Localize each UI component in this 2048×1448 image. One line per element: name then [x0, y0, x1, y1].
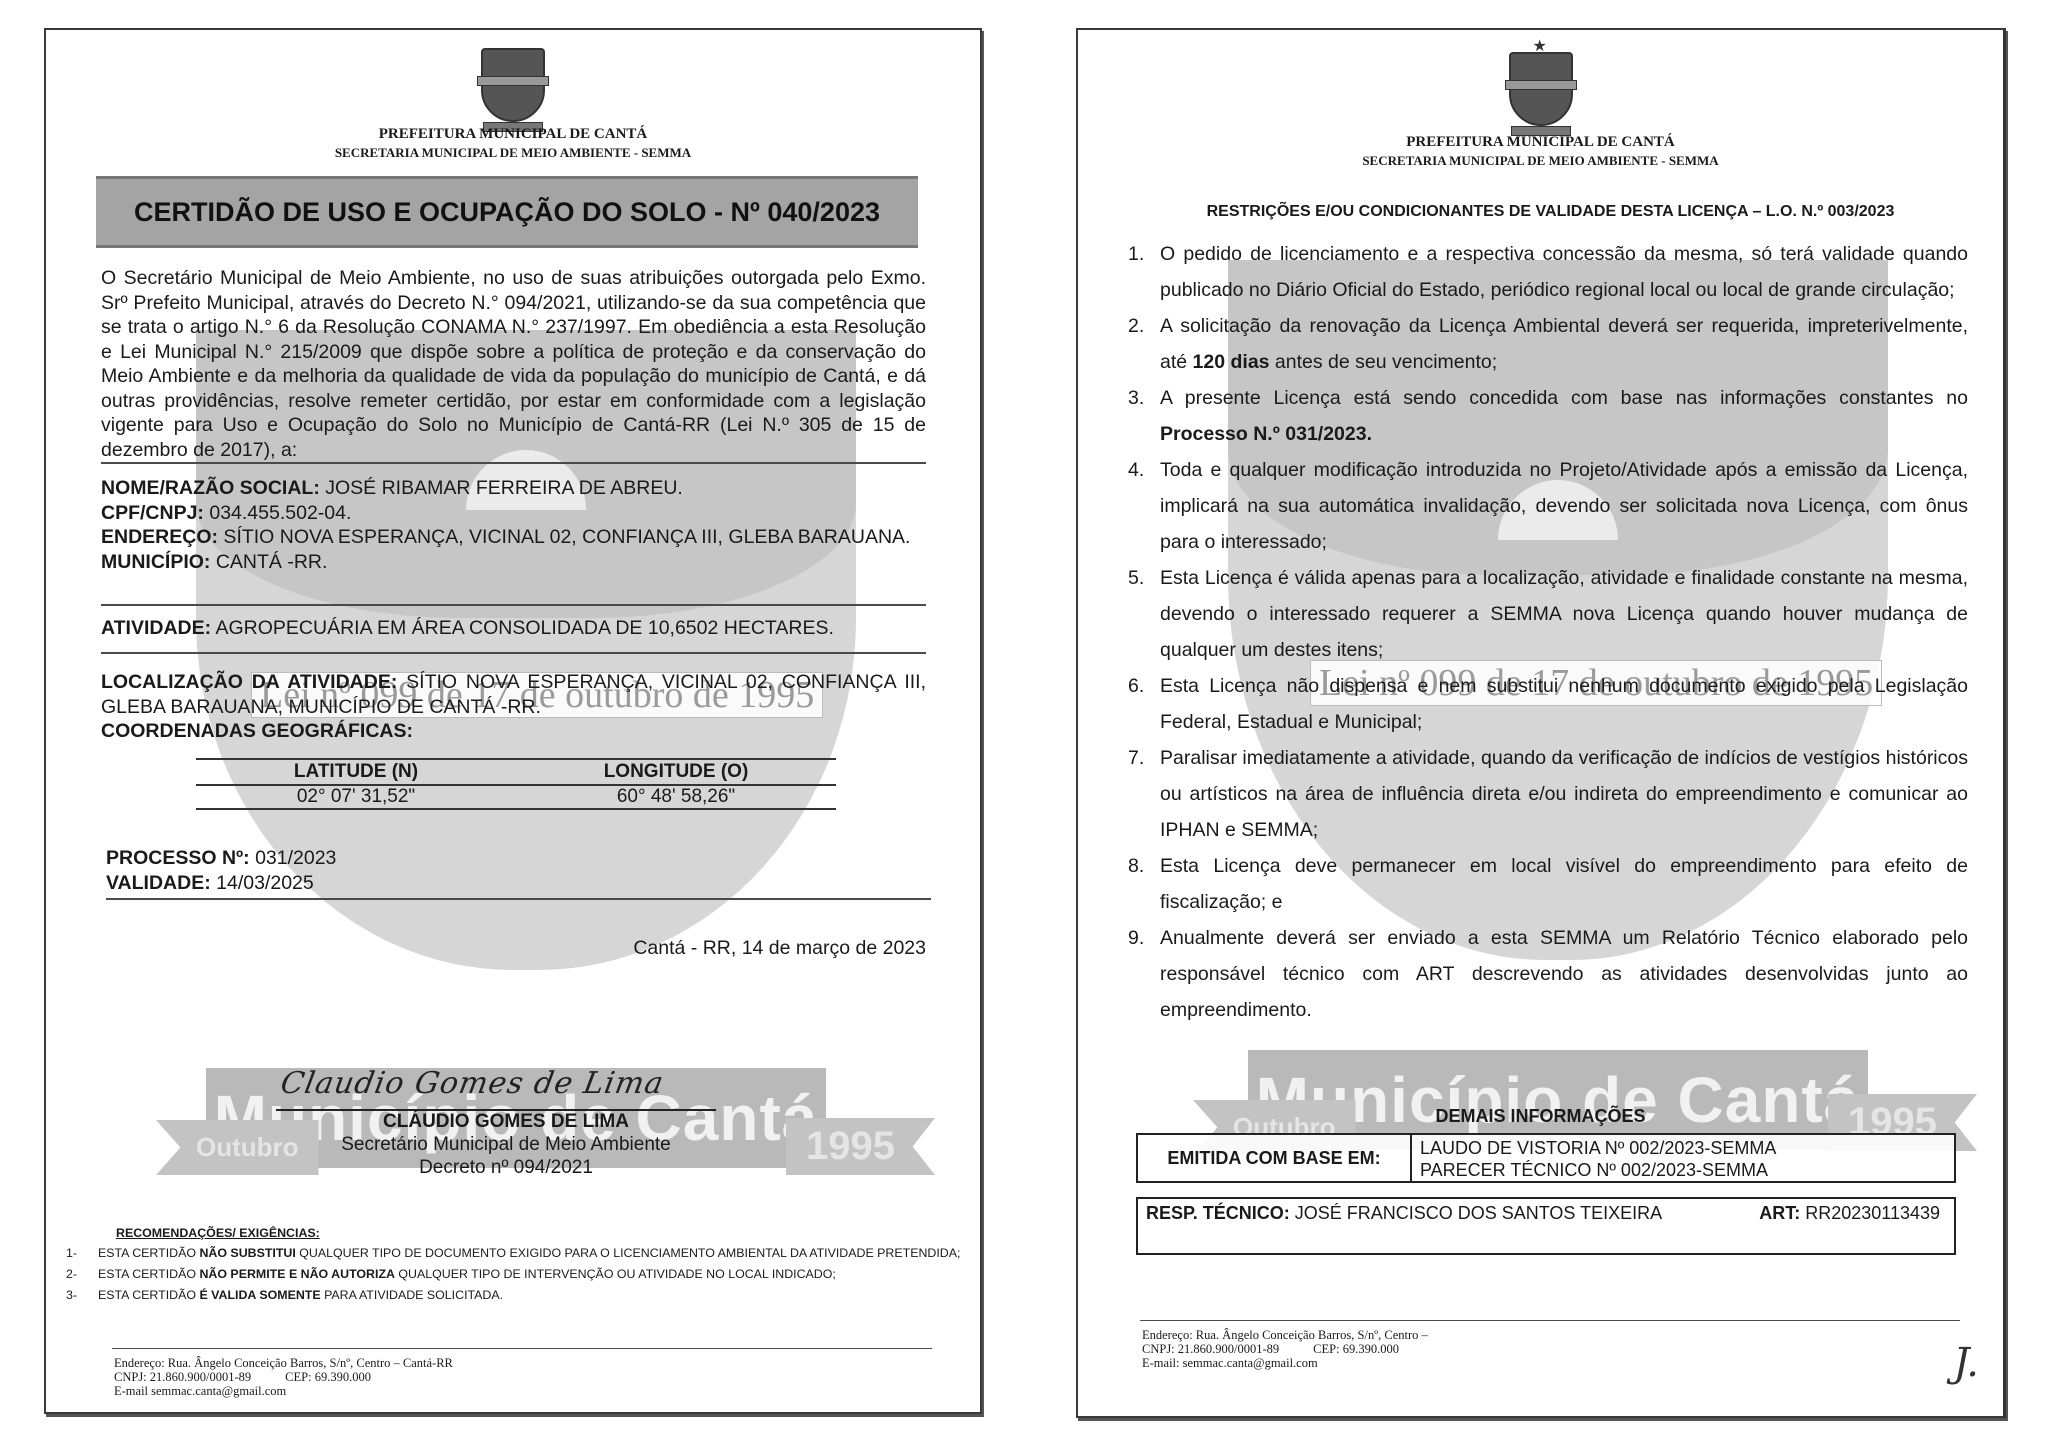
coordinates-label: COORDENADAS GEOGRÁFICAS:	[101, 719, 926, 744]
latitude-value: 02° 07' 31,52"	[196, 786, 516, 808]
org-name: PREFEITURA MUNICIPAL DE CANTÁ	[1078, 134, 2003, 151]
coat-of-arms-icon: ★	[1499, 42, 1583, 138]
org-department: SECRETARIA MUNICIPAL DE MEIO AMBIENTE - …	[46, 145, 980, 161]
footer: Endereço: Rua. Ângelo Conceição Barros, …	[114, 1356, 453, 1398]
field-validity: VALIDADE: 14/03/2025	[106, 871, 336, 896]
technical-responsible: RESP. TÉCNICO: JOSÉ FRANCISCO DOS SANTOS…	[1146, 1203, 1662, 1223]
signatory-name: CLÁUDIO GOMES DE LIMA	[226, 1110, 786, 1133]
issued-based-on-table: EMITIDA COM BASE EM: LAUDO DE VISTORIA N…	[1136, 1133, 1956, 1183]
condition-item: 2.A solicitação da renovação da Licença …	[1128, 308, 1968, 380]
condition-item: 1.O pedido de licenciamento e a respecti…	[1128, 236, 1968, 308]
field-name: NOME/RAZÃO SOCIAL: JOSÉ RIBAMAR FERREIRA…	[101, 476, 926, 501]
recommendations: RECOMENDAÇÕES/ EXIGÊNCIAS: 1- ESTA CERTI…	[66, 1225, 966, 1308]
issued-based-on-label: EMITIDA COM BASE EM:	[1138, 1135, 1412, 1181]
initials-mark: J.	[1953, 1340, 1979, 1386]
field-location: LOCALIZAÇÃO DA ATIVIDADE: SÍTIO NOVA ESP…	[101, 670, 926, 719]
place-date: Cantá - RR, 14 de março de 2023	[633, 936, 926, 961]
longitude-header: LONGITUDE (O)	[516, 761, 836, 783]
signatory-block: CLÁUDIO GOMES DE LIMA Secretário Municip…	[226, 1110, 786, 1179]
divider	[101, 462, 926, 464]
divider	[101, 604, 926, 606]
condition-item: 4.Toda e qualquer modificação introduzid…	[1128, 452, 1968, 560]
footer-email: E-mail semmac.canta@gmail.com	[114, 1384, 453, 1398]
field-municipality: MUNICÍPIO: CANTÁ -RR.	[101, 550, 926, 575]
org-name: PREFEITURA MUNICIPAL DE CANTÁ	[46, 126, 980, 143]
certificate-page: Município de Cantá Outubro 1995 PREFEITU…	[44, 28, 982, 1414]
footer-cep: CEP: 69.390.000	[1313, 1342, 1399, 1356]
recommendation-item: 1- ESTA CERTIDÃO NÃO SUBSTITUI QUALQUER …	[66, 1245, 966, 1261]
location-block: LOCALIZAÇÃO DA ATIVIDADE: SÍTIO NOVA ESP…	[101, 670, 926, 744]
recommendations-heading: RECOMENDAÇÕES/ EXIGÊNCIAS:	[116, 1225, 966, 1241]
intro-paragraph: O Secretário Municipal de Meio Ambiente,…	[101, 266, 926, 462]
signature-line	[276, 1109, 716, 1111]
field-process: PROCESSO Nº: 031/2023	[106, 846, 336, 871]
applicant-block: NOME/RAZÃO SOCIAL: JOSÉ RIBAMAR FERREIRA…	[101, 476, 926, 574]
technical-responsible-box: RESP. TÉCNICO: JOSÉ FRANCISCO DOS SANTOS…	[1136, 1197, 1956, 1255]
inspection-report: LAUDO DE VISTORIA Nº 002/2023-SEMMA	[1420, 1137, 1776, 1159]
condition-item: 7.Paralisar imediatamente a atividade, q…	[1128, 740, 1968, 848]
technical-opinion: PARECER TÉCNICO Nº 002/2023-SEMMA	[1420, 1159, 1776, 1181]
latitude-header: LATITUDE (N)	[196, 761, 516, 783]
condition-item: 9.Anualmente deverá ser enviado a esta S…	[1128, 920, 1968, 1028]
condition-item: 3.A presente Licença está sendo concedid…	[1128, 380, 1968, 452]
signatory-decree: Decreto nº 094/2021	[226, 1156, 786, 1179]
footer-divider	[112, 1348, 932, 1349]
divider	[101, 652, 926, 654]
field-address: ENDEREÇO: SÍTIO NOVA ESPERANÇA, VICINAL …	[101, 525, 926, 550]
other-info-heading: DEMAIS INFORMAÇÕES	[1078, 1104, 2003, 1129]
recommendation-item: 3- ESTA CERTIDÃO É VALIDA SOMENTE PARA A…	[66, 1287, 966, 1303]
footer: Endereço: Rua. Ângelo Conceição Barros, …	[1142, 1328, 1428, 1370]
org-department: SECRETARIA MUNICIPAL DE MEIO AMBIENTE - …	[1078, 153, 2003, 169]
signature: Claudio Gomes de Lima	[278, 1066, 667, 1101]
footer-divider	[1140, 1320, 1960, 1321]
conditions-title: RESTRIÇÕES E/OU CONDICIONANTES DE VALIDA…	[1128, 203, 1973, 221]
footer-email: E-mail: semmac.canta@gmail.com	[1142, 1356, 1428, 1370]
footer-address: Endereço: Rua. Ângelo Conceição Barros, …	[1142, 1328, 1428, 1342]
org-header: PREFEITURA MUNICIPAL DE CANTÁ SECRETARIA…	[46, 126, 980, 161]
recommendation-item: 2- ESTA CERTIDÃO NÃO PERMITE E NÃO AUTOR…	[66, 1266, 966, 1282]
divider	[106, 898, 931, 900]
process-block: PROCESSO Nº: 031/2023 VALIDADE: 14/03/20…	[106, 846, 336, 895]
footer-cep: CEP: 69.390.000	[285, 1370, 371, 1384]
watermark-year: 1995	[786, 1118, 935, 1175]
org-header: PREFEITURA MUNICIPAL DE CANTÁ SECRETARIA…	[1078, 134, 2003, 169]
condition-item: 8.Esta Licença deve permanecer em local …	[1128, 848, 1968, 920]
coordinates-table: LATITUDE (N) LONGITUDE (O) 02° 07' 31,52…	[196, 758, 836, 810]
condition-item: 6.Esta Licença não dispensa e nem substi…	[1128, 668, 1968, 740]
field-activity: ATIVIDADE: AGROPECUÁRIA EM ÁREA CONSOLID…	[101, 616, 926, 641]
longitude-value: 60° 48' 58,26"	[516, 786, 836, 808]
conditions-list: 1.O pedido de licenciamento e a respecti…	[1128, 236, 1968, 1028]
footer-cnpj: CNPJ: 21.860.900/0001-89	[114, 1370, 251, 1384]
footer-cnpj: CNPJ: 21.860.900/0001-89	[1142, 1342, 1279, 1356]
field-cpf: CPF/CNPJ: 034.455.502-04.	[101, 501, 926, 526]
certificate-title: CERTIDÃO DE USO E OCUPAÇÃO DO SOLO - Nº …	[96, 176, 918, 248]
coat-of-arms-icon	[471, 38, 555, 134]
signatory-role: Secretário Municipal de Meio Ambiente	[226, 1133, 786, 1156]
art-number: ART: RR20230113439	[1759, 1203, 1940, 1224]
footer-address: Endereço: Rua. Ângelo Conceição Barros, …	[114, 1356, 453, 1370]
license-conditions-page: Município de Cantá Outubro 1995 Lei nº 0…	[1076, 28, 2006, 1418]
condition-item: 5.Esta Licença é válida apenas para a lo…	[1128, 560, 1968, 668]
